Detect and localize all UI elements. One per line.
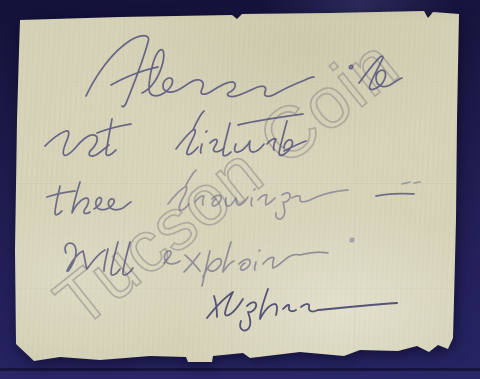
note-paper: [0, 0, 480, 379]
note-paper-wrap: [0, 0, 480, 379]
fold-crease-horizontal-lower: [16, 287, 458, 289]
fold-crease-vertical-center: [230, 14, 232, 362]
fold-crease-horizontal-upper: [16, 80, 458, 82]
fold-crease-horizontal-middle: [16, 182, 458, 184]
fold-crease-vertical-left: [122, 14, 124, 362]
photo-of-handwritten-note: Tucson Coin: [0, 0, 480, 379]
fold-crease-vertical-right: [353, 14, 355, 362]
